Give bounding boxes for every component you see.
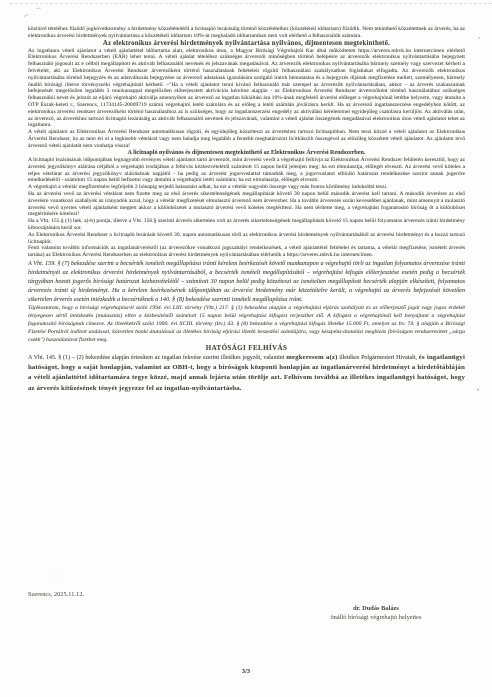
paragraph-failed-auction: Ha a Vht. 155.§ (1) bek. a)-b) pontja, i… xyxy=(28,218,465,232)
intro-fragment-paragraph: közhírré tételéhez fűződő jogkövetkezmén… xyxy=(28,26,465,40)
signer-title: önálló bírósági végrehajtó helyettes xyxy=(258,614,492,623)
scan-speck xyxy=(478,37,480,39)
place-date-line: Szerencs, 2025.11.12. xyxy=(28,591,465,599)
document-body: közhírré tételéhez fűződő jogkövetkezmén… xyxy=(28,26,465,394)
signer-name: dr. Dudás Balázs xyxy=(258,605,492,614)
authority-regular-text: A Vht. 145. § (1) – (2) bekezdése alapjá… xyxy=(28,355,286,361)
pen-mark-icon xyxy=(22,5,48,21)
page-number: 3/3 xyxy=(0,668,492,675)
scan-edge-artifact xyxy=(10,3,492,4)
document-footer-block: Szerencs, 2025.11.12. dr. Dudás Balázs ö… xyxy=(28,591,465,599)
scan-speck xyxy=(55,575,57,577)
paragraph-further-info: Fenti valamint további információk az in… xyxy=(28,245,465,259)
paragraph-kifogas-notice: Tájékoztatom, hogy a bírósági végrehajtá… xyxy=(28,304,465,344)
paragraph-second-auction: Ha az árverési vevő az árverési vételára… xyxy=(28,191,465,218)
paragraph-winning-bidder: A licitnapló lezárásának időpontjában le… xyxy=(28,157,465,184)
paragraph-authority-call: A Vht. 145. § (1) – (2) bekezdése alapjá… xyxy=(28,353,465,394)
heading-licitnaplo-public: A licitnapló nyilvános és díjmentesen me… xyxy=(28,150,465,157)
paragraph-vht-159: A Vht. 159. § (7) bekezdése szerint a be… xyxy=(28,259,465,304)
scan-speck xyxy=(477,388,479,391)
scanned-document-page: közhírré tételéhez fűződő jogkövetkezmén… xyxy=(0,0,492,697)
heading-registry-public: Az elektronikus árverési hirdetmények ny… xyxy=(28,40,465,48)
paragraph-offer-recording: A vételi ajánlatot az Elektronikus Árver… xyxy=(28,129,465,149)
paragraph-payment-delay: A végrehajtó a vételár megfizetésére leg… xyxy=(28,184,465,191)
paragraph-registry-deletion: Az Elektronikus Árverési Rendszer a lici… xyxy=(28,232,465,246)
paragraph-bidding-rules: Az ingatlanra vételi ajánlatot a vételi … xyxy=(28,48,465,130)
authority-regular-text: illetékes Polgármesteri Hivatalt, xyxy=(338,355,419,361)
heading-hatosagi-felhivas: HATÓSÁGI FELHÍVÁS xyxy=(28,344,465,353)
authority-bold-text: megkeresem a(z) xyxy=(286,354,337,361)
signature-block: dr. Dudás Balázs önálló bírósági végreha… xyxy=(258,605,492,622)
